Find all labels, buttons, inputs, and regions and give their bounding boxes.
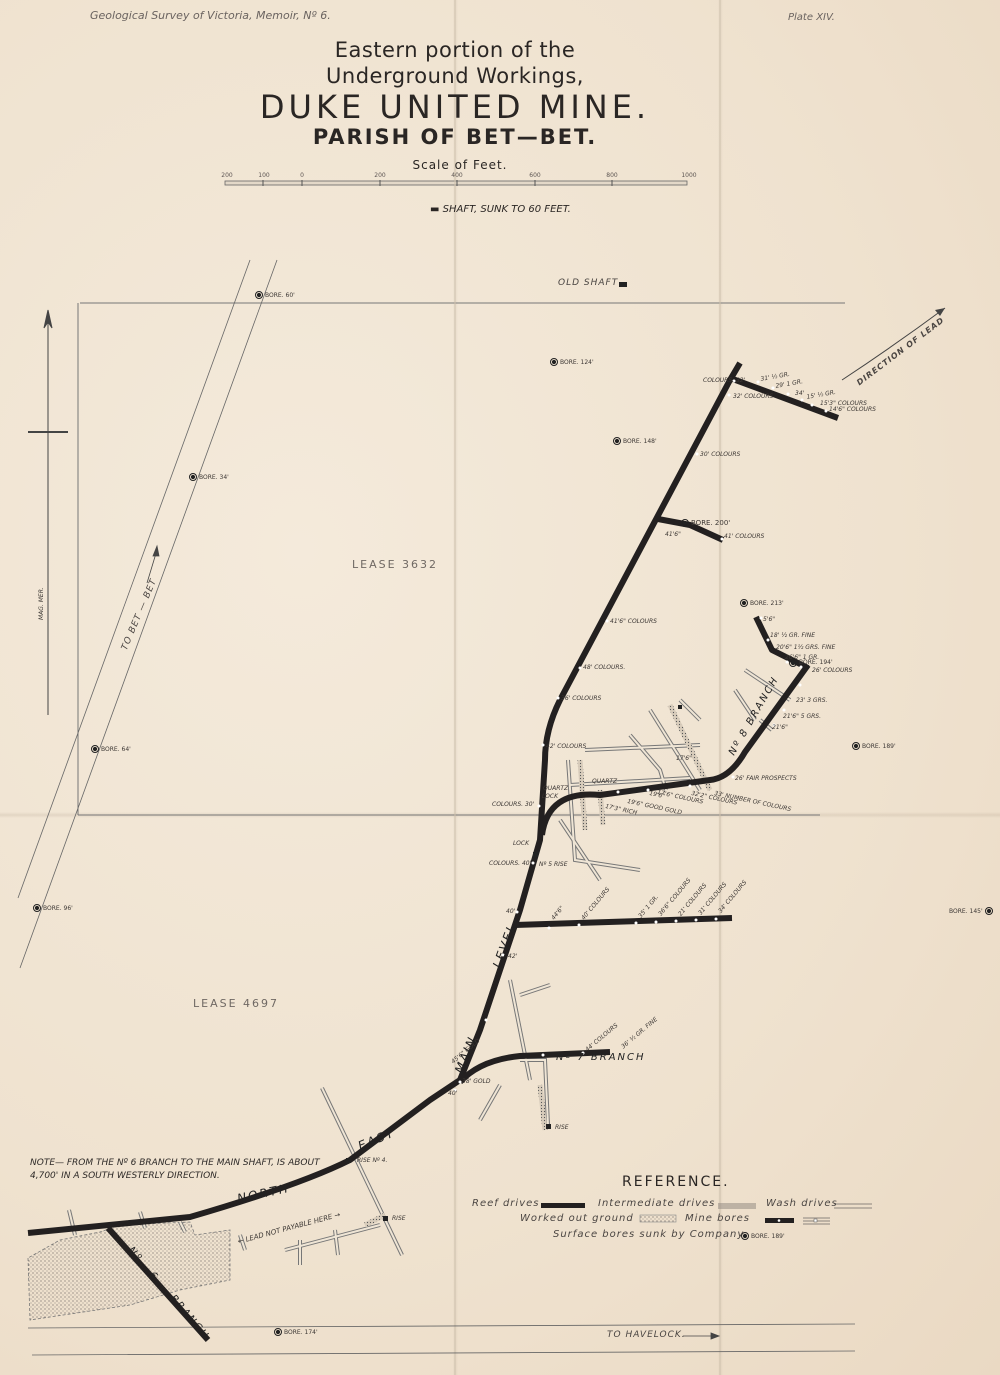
scale-tick: 100 bbox=[258, 172, 269, 179]
to-havelock-label: TO HAVELOCK. bbox=[607, 1330, 686, 1340]
scale-tick: 0 bbox=[300, 172, 304, 179]
title-parish: PARISH OF BET—BET. bbox=[0, 125, 910, 149]
annotation: 21'6" bbox=[772, 724, 788, 731]
annotation: 38' GOLD bbox=[462, 1078, 491, 1085]
scale-tick: 200 bbox=[374, 172, 385, 179]
scale-tick: 1000 bbox=[681, 172, 696, 179]
reference-title: REFERENCE. bbox=[622, 1174, 730, 1190]
annotation: 26' COLOURS bbox=[812, 667, 852, 674]
annotation: QUARTZ bbox=[543, 785, 568, 792]
legend-wash-drives: Wash drives bbox=[766, 1198, 838, 1209]
meridian-label: MAG. MER. bbox=[38, 587, 45, 620]
scale-tick: 400 bbox=[451, 172, 462, 179]
legend-intermediate-drives: Intermediate drives bbox=[598, 1198, 715, 1209]
annotation: 34' bbox=[795, 390, 804, 397]
bore-label: BORE. 213' bbox=[750, 600, 784, 607]
annotation: 41'6" bbox=[665, 531, 681, 538]
old-shaft-label: OLD SHAFT bbox=[558, 278, 618, 288]
legend-bore-example: BORE. 189' bbox=[751, 1233, 785, 1240]
legend-surface-bores: Surface bores sunk by Company bbox=[553, 1229, 744, 1240]
legend-worked-out-ground: Worked out ground bbox=[520, 1213, 634, 1224]
note-line-1: NOTE— FROM THE Nº 6 BRANCH TO THE MAIN S… bbox=[30, 1157, 320, 1170]
annotation: COLOURS. 40' bbox=[489, 860, 531, 867]
annotation: 26' FAIR PROSPECTS bbox=[735, 775, 797, 782]
bore-label: BORE. 145' bbox=[949, 908, 983, 915]
annotation: LOCK bbox=[513, 840, 529, 847]
scale-tick: 600 bbox=[529, 172, 540, 179]
meridian-arrow bbox=[28, 310, 68, 715]
scale-bar bbox=[225, 180, 687, 186]
annotation: COLOURS. 30' bbox=[492, 801, 534, 808]
old-shaft-symbol bbox=[619, 282, 627, 287]
bore-label: BORE. 174' bbox=[284, 1329, 318, 1336]
scale-tick: 200 bbox=[221, 172, 232, 179]
shaft-note: ▬ SHAFT, SUNK TO 60 FEET. bbox=[430, 204, 571, 215]
annotation: 17'6" bbox=[676, 755, 692, 762]
scale-tick: 800 bbox=[606, 172, 617, 179]
legend-reef-drives: Reef drives bbox=[472, 1198, 539, 1209]
note-text: NOTE— FROM THE Nº 6 BRANCH TO THE MAIN S… bbox=[30, 1157, 320, 1183]
road-to-bet-bet bbox=[18, 260, 277, 968]
annotation: 14'6" COLOURS bbox=[829, 406, 876, 413]
annotation: QUARTZ bbox=[592, 778, 617, 785]
bore-label: BORE. 34' bbox=[199, 474, 229, 481]
annotation: 42' COLOURS bbox=[546, 743, 586, 750]
note-line-2: 4,700' IN A SOUTH WESTERLY DIRECTION. bbox=[30, 1170, 320, 1183]
bore-label: BORE. 200' bbox=[691, 519, 730, 527]
title-line-2: Underground Workings, bbox=[0, 64, 910, 88]
bore-label: BORE. 96' bbox=[43, 905, 73, 912]
reef-drives bbox=[28, 363, 838, 1340]
title-mine-name: DUKE UNITED MINE. bbox=[0, 88, 910, 126]
bore-label: BORE. 189' bbox=[862, 743, 896, 750]
bore-label: BORE. 124' bbox=[560, 359, 594, 366]
annotation: 41'6" COLOURS bbox=[610, 618, 657, 625]
bore-label: BORE. 148' bbox=[623, 438, 657, 445]
annotation: 20'6" 1½ GRS. FINE bbox=[776, 644, 835, 651]
annotation: COLOURS. 32' bbox=[703, 377, 745, 384]
bore-label: BORE. 60' bbox=[265, 292, 295, 299]
bore-label: BORE. 64' bbox=[101, 746, 131, 753]
annotation: LOCK bbox=[542, 793, 558, 800]
annotation: 40' bbox=[506, 908, 515, 915]
annotation: 32' COLOURS bbox=[733, 393, 773, 400]
annotation: RISE bbox=[555, 1124, 569, 1131]
hatched-drives bbox=[365, 705, 710, 1225]
annotation: Nº 5 RISE bbox=[539, 861, 568, 868]
annotation: 30' COLOURS bbox=[700, 451, 740, 458]
lease-3632-label: LEASE 3632 bbox=[352, 558, 438, 571]
plate-number: Plate XIV. bbox=[788, 12, 835, 23]
legend-mine-bores: Mine bores bbox=[685, 1213, 750, 1224]
lease-4697-label: LEASE 4697 bbox=[193, 997, 279, 1010]
annotation: 36' COLOURS bbox=[561, 695, 601, 702]
annotation: 5'6" bbox=[763, 616, 775, 623]
road-to-havelock bbox=[28, 1324, 855, 1355]
annotation: 48' COLOURS. bbox=[583, 664, 625, 671]
worked-out-ground bbox=[28, 1222, 230, 1320]
annotation: 41' COLOURS bbox=[724, 533, 764, 540]
annotation: 23' 3 GRS. bbox=[796, 697, 827, 704]
annotation: RISE Nº 4. bbox=[357, 1157, 387, 1164]
annotation: 18' ½ GR. FINE bbox=[770, 632, 815, 639]
annotation: RISE bbox=[392, 1215, 406, 1222]
scale-label: Scale of Feet. bbox=[0, 158, 920, 172]
title-line-1: Eastern portion of the bbox=[0, 38, 910, 62]
annotation: 40' bbox=[448, 1090, 457, 1097]
series-header: Geological Survey of Victoria, Memoir, N… bbox=[90, 9, 331, 22]
annotation: 42' bbox=[508, 953, 517, 960]
branch7-label: Nº 7 BRANCH bbox=[556, 1052, 646, 1063]
annotation: 26'6" 1 GR. bbox=[785, 654, 819, 661]
annotation: 21'6" 5 GRS. bbox=[783, 713, 821, 720]
